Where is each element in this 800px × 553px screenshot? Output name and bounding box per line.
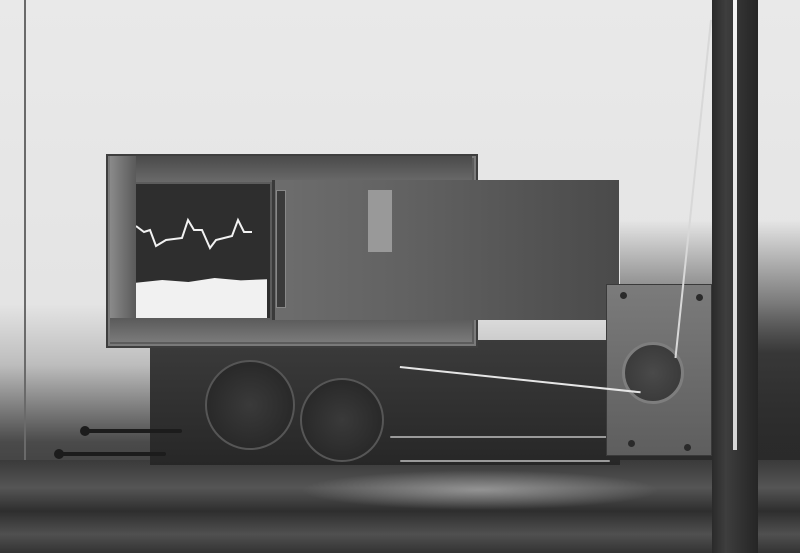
rail (56, 452, 166, 456)
screw (620, 292, 627, 299)
floor-glare (300, 470, 660, 510)
rail-knob (80, 426, 90, 436)
screw (696, 294, 703, 301)
door-handle (276, 190, 286, 308)
door-label (368, 190, 392, 252)
waveform-trace (136, 184, 270, 318)
frame-bottom (110, 318, 472, 342)
frame-top (110, 156, 472, 182)
photograph (0, 0, 800, 553)
rail (400, 460, 610, 462)
rail (82, 429, 182, 433)
screw (628, 440, 635, 447)
gear-wheel (300, 378, 384, 462)
hanging-cord (24, 0, 26, 470)
cabinet-door (272, 180, 619, 320)
rail-knob (54, 449, 64, 459)
frame-left (110, 156, 136, 341)
screw (684, 444, 691, 451)
pipe-highlight (733, 0, 737, 450)
gear-wheel (205, 360, 295, 450)
rail (390, 436, 610, 438)
